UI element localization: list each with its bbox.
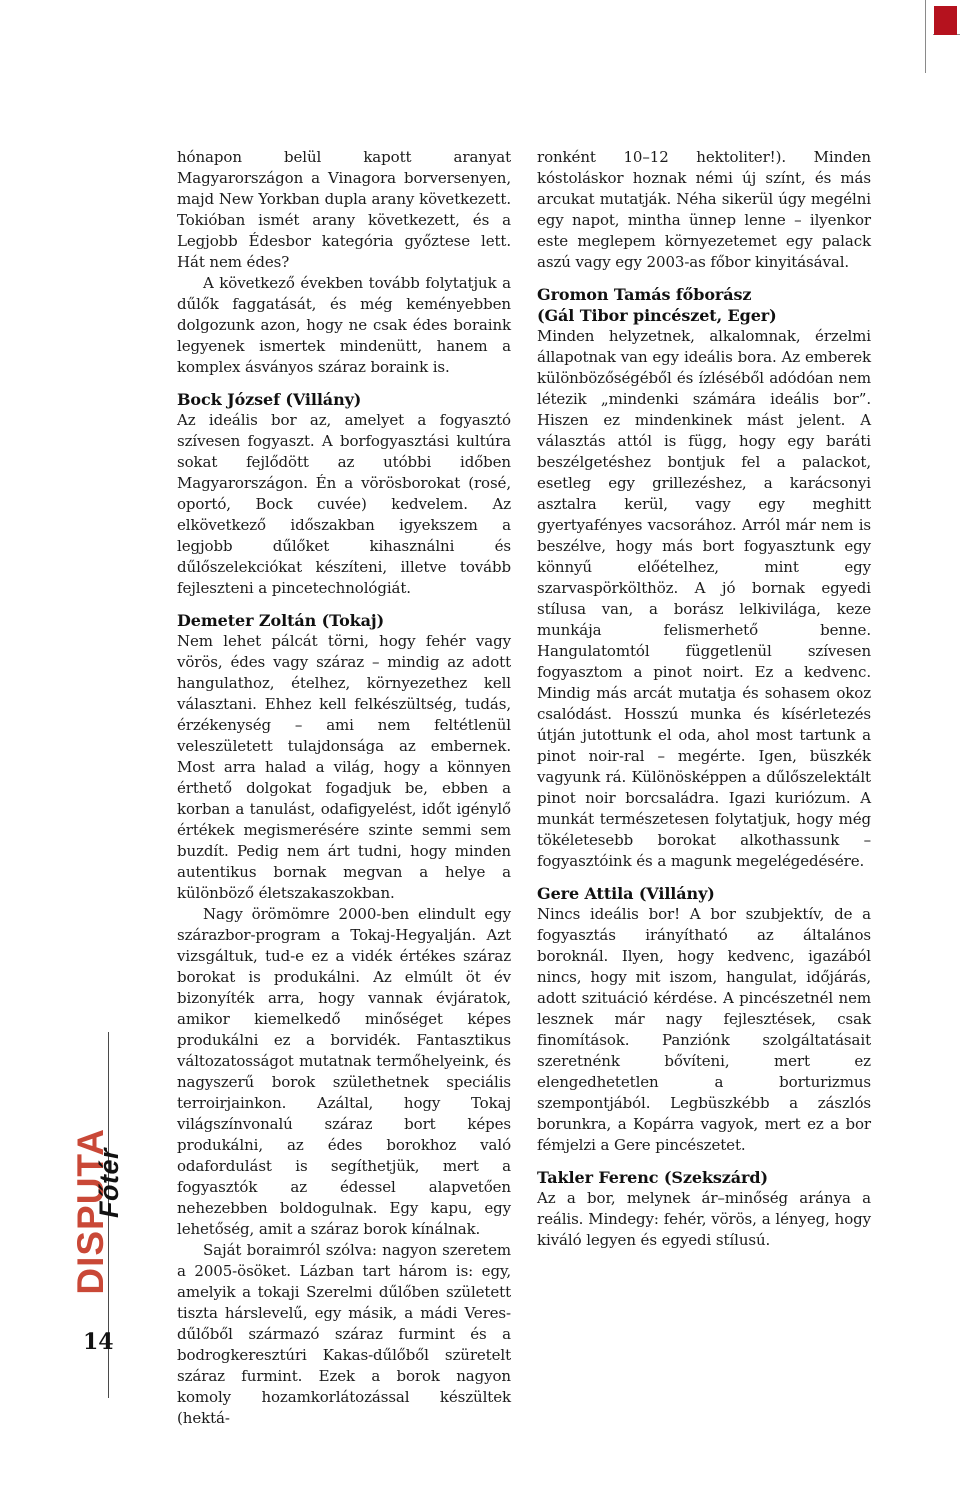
body-paragraph: Nagy örömömre 2000-ben elindult egy szár… [177, 904, 511, 1240]
corner-color-patch [934, 6, 957, 35]
body-paragraph: Az ideális bor az, amelyet a fogyasztó s… [177, 410, 511, 599]
text-column-left: hónapon belül kapott aranyat Magyarorszá… [177, 147, 511, 1429]
body-paragraph: Saját boraimról szólva: nagyon szeretem … [177, 1240, 511, 1429]
magazine-page: DISPUTA Főtér 14 hónapon belül kapott ar… [0, 0, 960, 1498]
body-paragraph: Nem lehet pálcát törni, hogy fehér vagy … [177, 631, 511, 904]
interviewee-heading: Takler Ferenc (Szekszárd) [537, 1167, 871, 1188]
interviewee-heading: Gromon Tamás főborász(Gál Tibor pincésze… [537, 284, 871, 326]
crop-mark-vertical [925, 0, 926, 73]
interviewee-heading: Bock József (Villány) [177, 389, 511, 410]
body-paragraph: ronként 10–12 hektoliter!). Minden kósto… [537, 147, 871, 273]
text-column-right: ronként 10–12 hektoliter!). Minden kósto… [537, 147, 871, 1251]
body-paragraph: Az a bor, melynek ár–minőség aránya a re… [537, 1188, 871, 1251]
body-paragraph: Nincs ideális bor! A bor szubjektív, de … [537, 904, 871, 1156]
body-paragraph: hónapon belül kapott aranyat Magyarorszá… [177, 147, 511, 273]
body-paragraph: Minden helyzetnek, alkalomnak, érzelmi á… [537, 326, 871, 872]
interviewee-heading: Gere Attila (Villány) [537, 883, 871, 904]
page-number: 14 [83, 1329, 114, 1355]
section-title-vertical: Főtér [96, 1148, 123, 1218]
interviewee-heading: Demeter Zoltán (Tokaj) [177, 610, 511, 631]
body-paragraph: A következő években tovább folytatjuk a … [177, 273, 511, 378]
